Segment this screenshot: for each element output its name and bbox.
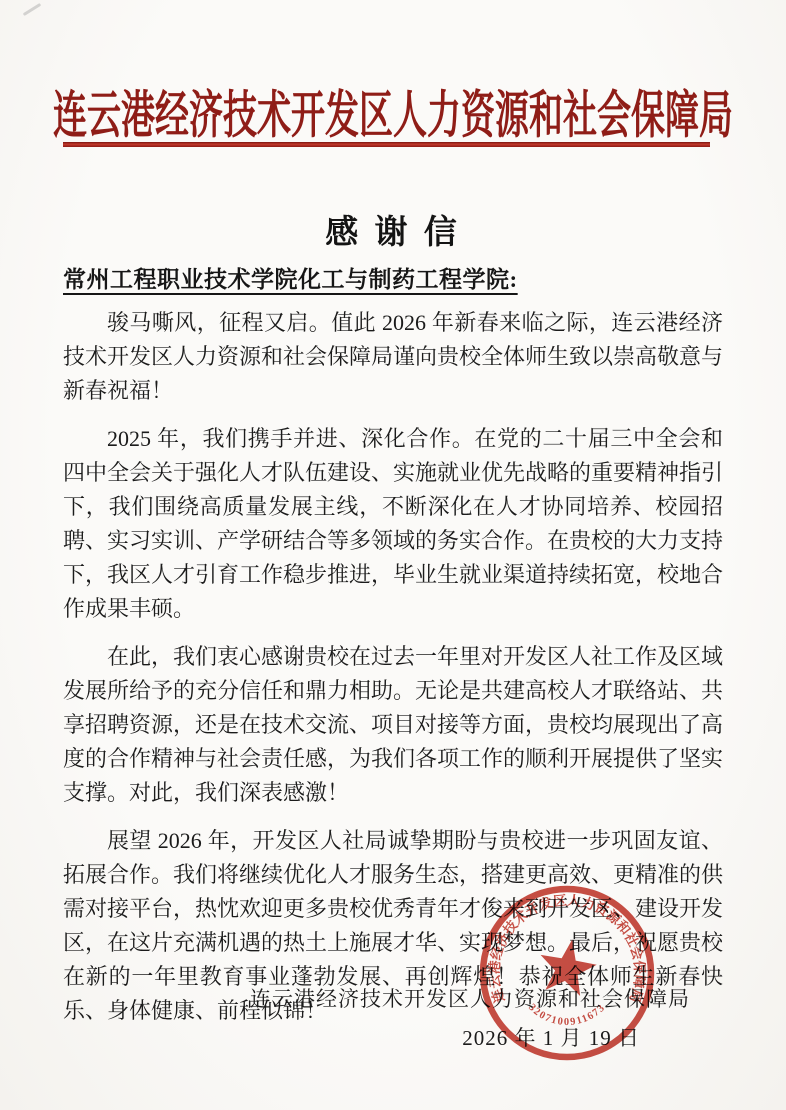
salutation-recipient: 常州工程职业技术学院化工与制药工程学院:: [63, 261, 518, 294]
body-paragraph: 2025 年，我们携手并进、深化合作。在党的二十届三中全会和四中全会关于强化人才…: [63, 422, 723, 626]
signature-date: 2026 年 1 月 19 日: [462, 1022, 640, 1052]
body-paragraph: 在此，我们衷心感谢贵校在过去一年里对开发区人社工作及区域发展所给予的充分信任和鼎…: [63, 640, 723, 810]
letterhead-org-name: 连云港经济技术开发区人力资源和社会保障局: [0, 74, 786, 148]
scanned-letter-page: 连云港经济技术开发区人力资源和社会保障局 感 谢 信 常州工程职业技术学院化工与…: [0, 0, 786, 1110]
letter-title: 感 谢 信: [0, 206, 786, 253]
letter-body: 骏马嘶风，征程又启。值此 2026 年新春来临之际，连云港经济技术开发区人力资源…: [63, 306, 723, 1042]
scan-smudge-mark: [23, 3, 42, 16]
body-paragraph: 骏马嘶风，征程又启。值此 2026 年新春来临之际，连云港经济技术开发区人力资源…: [63, 306, 723, 408]
letterhead-divider-rule: [63, 142, 710, 147]
signature-org-name: 连云港经济技术开发区人力资源和社会保障局: [250, 983, 690, 1013]
